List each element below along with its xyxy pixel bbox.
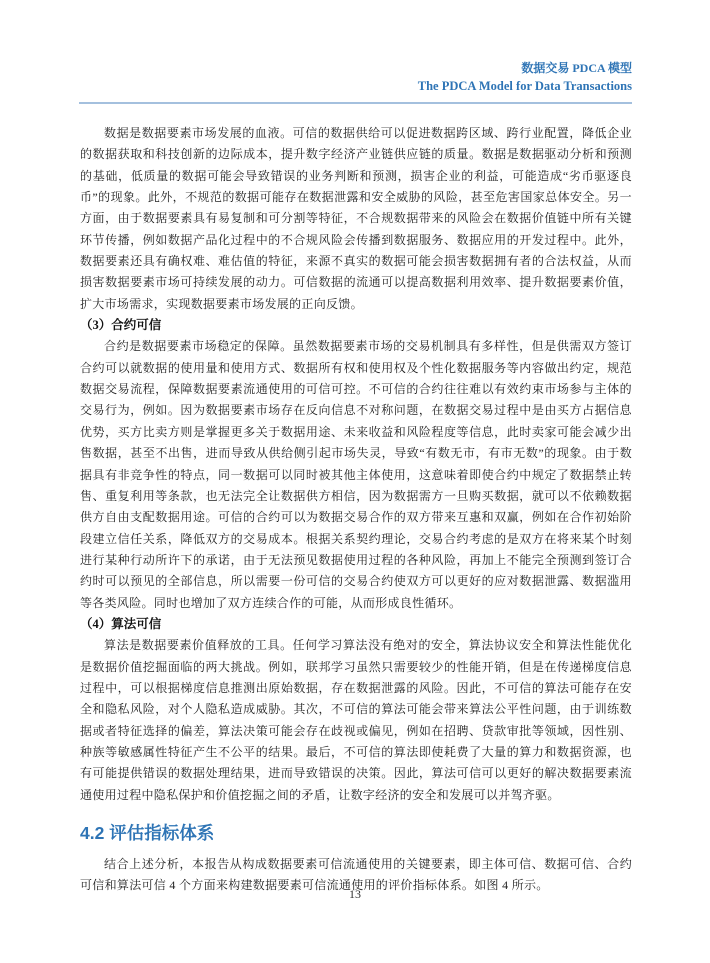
header-title-zh: 数据交易 PDCA 模型 <box>79 60 632 77</box>
heading-contract-trust: （3）合约可信 <box>80 315 632 336</box>
page-footer: 13 <box>0 885 710 903</box>
page-number: 13 <box>349 887 361 901</box>
header-title-en: The PDCA Model for Data Transactions <box>79 77 632 95</box>
page-header: 数据交易 PDCA 模型 The PDCA Model for Data Tra… <box>79 60 632 112</box>
heading-algorithm-trust: （4）算法可信 <box>80 614 632 635</box>
header-divider <box>79 102 632 104</box>
section-heading-4-2: 4.2 评估指标体系 <box>80 821 632 845</box>
paragraph-algorithm-trust: 算法是数据要素价值释放的工具。任何学习算法没有绝对的安全，算法协议安全和算法性能… <box>80 635 632 806</box>
paragraph-contract-trust: 合约是数据要素市场稳定的保障。虽然数据要素市场的交易机制具有多样性，但是供需双方… <box>80 336 632 613</box>
document-body: 数据是数据要素市场发展的血液。可信的数据供给可以促进数据跨区域、跨行业配置，降低… <box>80 123 632 897</box>
document-page: 数据交易 PDCA 模型 The PDCA Model for Data Tra… <box>0 0 710 963</box>
paragraph-data-trust: 数据是数据要素市场发展的血液。可信的数据供给可以促进数据跨区域、跨行业配置，降低… <box>80 123 632 315</box>
